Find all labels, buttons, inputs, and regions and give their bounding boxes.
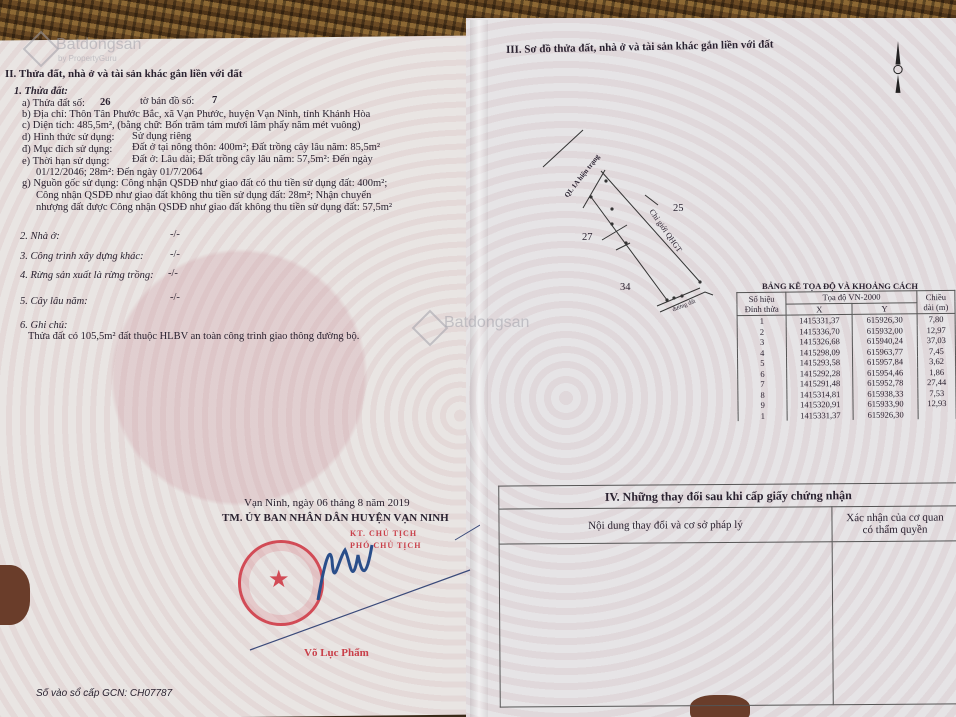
cell-x: 1415326,68 bbox=[787, 336, 853, 347]
cell-len: 7,80 bbox=[917, 313, 955, 324]
confirmation-cell bbox=[832, 541, 956, 705]
cell-p: 6 bbox=[738, 368, 788, 379]
cell-y: 615940,24 bbox=[852, 335, 917, 346]
cell-len: 12,93 bbox=[918, 398, 956, 409]
cell-p: 7 bbox=[738, 379, 788, 390]
cell-y: 615926,30 bbox=[853, 409, 918, 420]
cell-p: 1 bbox=[737, 315, 787, 327]
cell-x: 1415292,28 bbox=[787, 367, 853, 378]
cell-y: 615926,30 bbox=[852, 314, 917, 326]
cell-x: 1415320,91 bbox=[787, 399, 853, 410]
lot-25: 25 bbox=[673, 203, 684, 215]
col-change-content: Nội dung thay đổi và cơ sở pháp lý bbox=[499, 507, 832, 544]
cell-p: 8 bbox=[738, 389, 788, 400]
cell-p: 4 bbox=[737, 347, 787, 358]
cell-y: 615952,78 bbox=[853, 377, 918, 388]
cell-len: 3,62 bbox=[917, 356, 955, 367]
cell-x: 1415314,81 bbox=[787, 388, 853, 399]
col-y: Y bbox=[852, 302, 917, 314]
lot-34: 34 bbox=[620, 282, 631, 294]
cell-y: 615957,84 bbox=[853, 356, 918, 367]
cell-y: 615933,90 bbox=[853, 398, 918, 409]
cell-x: 1415331,37 bbox=[787, 314, 853, 326]
col-authority-confirmation: Xác nhận của cơ quan có thẩm quyền bbox=[832, 506, 956, 542]
cell-y: 615932,00 bbox=[852, 325, 917, 336]
cell-p: 5 bbox=[738, 358, 788, 369]
cell-len: 27,44 bbox=[918, 377, 956, 388]
cell-len: 7,53 bbox=[918, 387, 956, 398]
cell-len: 1,86 bbox=[917, 366, 955, 377]
change-content-cell bbox=[499, 542, 833, 707]
cell-len bbox=[918, 408, 956, 419]
col-point: Số hiệu Đỉnh thửa bbox=[737, 292, 787, 316]
cell-x: 1415331,37 bbox=[788, 409, 854, 420]
cell-y: 615963,77 bbox=[853, 346, 918, 357]
changes-title: IV. Những thay đổi sau khi cấp giấy chứn… bbox=[499, 483, 956, 509]
cell-p: 1 bbox=[738, 410, 788, 421]
cell-y: 615954,46 bbox=[853, 367, 918, 378]
cell-len: 12,97 bbox=[917, 324, 955, 335]
col-length: Chiều dài (m) bbox=[917, 290, 955, 313]
cell-len: 7,45 bbox=[917, 345, 955, 356]
cell-p: 3 bbox=[737, 337, 787, 348]
changes-table: IV. Những thay đổi sau khi cấp giấy chứn… bbox=[498, 482, 956, 707]
cell-y: 615938,33 bbox=[853, 388, 918, 399]
col-x: X bbox=[786, 303, 852, 315]
cell-x: 1415336,70 bbox=[787, 325, 853, 336]
cell-x: 1415298,09 bbox=[787, 346, 853, 357]
cell-p: 2 bbox=[737, 326, 787, 337]
lot-27: 27 bbox=[582, 232, 593, 244]
cell-len: 37,03 bbox=[917, 335, 955, 346]
cell-x: 1415291,48 bbox=[787, 378, 853, 389]
coordinate-table: Số hiệu Đỉnh thửa Tọa độ VN-2000 Chiều d… bbox=[736, 290, 956, 421]
cell-p: 9 bbox=[738, 400, 788, 411]
cell-x: 1415293,58 bbox=[787, 357, 853, 368]
